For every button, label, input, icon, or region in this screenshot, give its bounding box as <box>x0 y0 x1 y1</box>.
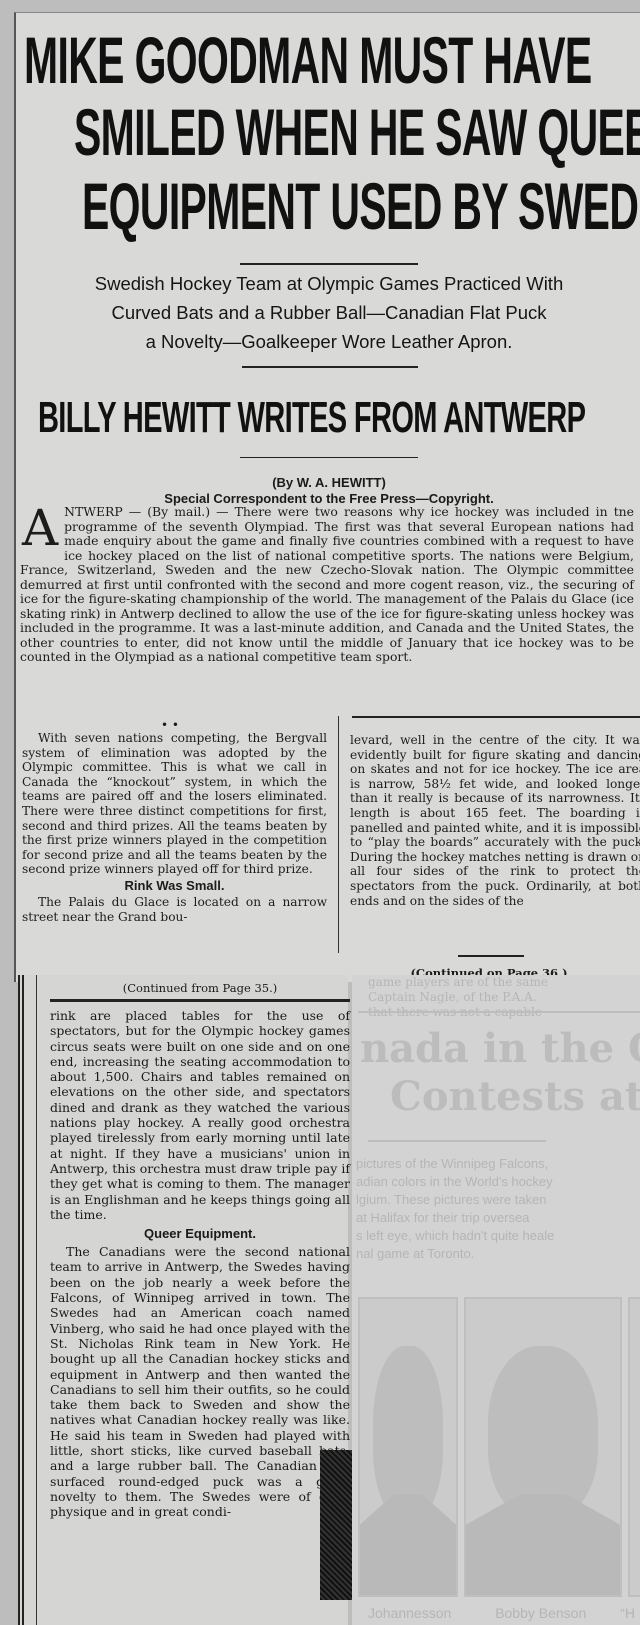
faded-text-line: nal game at Toronto. <box>356 1245 554 1263</box>
divider-rule <box>458 955 524 957</box>
headline-line-1: MIKE GOODMAN MUST HAVE <box>24 27 592 93</box>
border-line <box>36 975 37 1625</box>
headline-line-2: SMILED WHEN HE SAW QUEER <box>74 99 640 165</box>
headline-line-3: EQUIPMENT USED BY SWEDES <box>82 173 640 239</box>
team-photo <box>358 1297 458 1597</box>
divider-rule <box>50 999 350 1002</box>
team-photo <box>464 1297 622 1597</box>
paragraph: The Palais du Glace is located on a narr… <box>22 895 327 924</box>
faded-text-line: Captain Nagle, of the P.A.A. <box>368 990 548 1005</box>
byline-block: (By W. A. HEWITT) Special Correspondent … <box>16 475 640 507</box>
separator-dots: • • <box>161 718 179 732</box>
paragraph: levard, well in the centre of the city. … <box>350 733 640 908</box>
faded-text-line: lgium. These pictures were taken <box>356 1191 554 1209</box>
faded-text-line: at Halifax for their trip oversea <box>356 1209 554 1227</box>
divider-rule <box>240 263 418 265</box>
faded-adjacent-article: game players are of the same Captain Nag… <box>352 975 640 1625</box>
right-column: levard, well in the centre of the city. … <box>350 733 640 908</box>
faded-headline-line: Contests at An <box>390 1073 640 1121</box>
partial-photo <box>320 1450 352 1600</box>
drop-cap: A <box>22 507 58 549</box>
paragraph: With seven nations competing, the Bergva… <box>22 731 327 877</box>
portrait-head <box>488 1346 599 1518</box>
faded-text-line: game players are of the same <box>368 975 548 990</box>
divider-rule <box>240 457 418 458</box>
faded-headline-line: nada in the Olym <box>360 1025 640 1073</box>
faded-text-line: adian colors in the World's hockey <box>356 1173 554 1191</box>
portrait-body <box>466 1494 620 1595</box>
column-divider <box>338 716 339 953</box>
main-article-clipping: MIKE GOODMAN MUST HAVE SMILED WHEN HE SA… <box>14 12 640 982</box>
continuation-clipping: (Continued from Page 35.) rink are place… <box>18 975 348 1625</box>
divider-rule <box>368 1140 546 1142</box>
photo-caption: Johannesson <box>368 1605 451 1621</box>
faded-text-line: pictures of the Winnipeg Falcons, <box>356 1155 554 1173</box>
team-photo <box>628 1297 640 1597</box>
continued-from-note: (Continued from Page 35.) <box>50 981 350 995</box>
photo-caption: “H <box>620 1605 635 1621</box>
paragraph: rink are placed tables for the use of sp… <box>50 1008 350 1222</box>
lead-text: NTWERP — (By mail.) — There were two rea… <box>20 504 634 664</box>
deck: Swedish Hockey Team at Olympic Games Pra… <box>16 269 640 356</box>
portrait-body <box>360 1494 456 1595</box>
deck-line: Swedish Hockey Team at Olympic Games Pra… <box>16 269 640 298</box>
column-top-rule <box>352 716 640 718</box>
divider-rule <box>358 1011 640 1013</box>
subheadline: BILLY HEWITT WRITES FROM ANTWERP <box>38 396 585 440</box>
divider-rule <box>242 366 418 368</box>
deck-line: Curved Bats and a Rubber Ball—Canadian F… <box>16 298 640 327</box>
faded-text-line: s left eye, which hadn't quite heale <box>356 1227 554 1245</box>
photo-captions: Johannesson Bobby Benson “H <box>368 1605 640 1621</box>
deck-line: a Novelty—Goalkeeper Wore Leather Apron. <box>16 327 640 356</box>
left-column: With seven nations competing, the Bergva… <box>22 731 327 924</box>
section-subhead: Queer Equipment. <box>50 1226 350 1242</box>
lead-paragraph: A NTWERP — (By mail.) — There were two r… <box>20 505 634 665</box>
section-subhead: Rink Was Small. <box>22 878 327 894</box>
paragraph: The Canadians were the second national t… <box>50 1244 350 1519</box>
byline: (By W. A. HEWITT) <box>16 475 640 491</box>
portrait-head <box>373 1346 442 1518</box>
photo-caption: Bobby Benson <box>495 1605 586 1621</box>
